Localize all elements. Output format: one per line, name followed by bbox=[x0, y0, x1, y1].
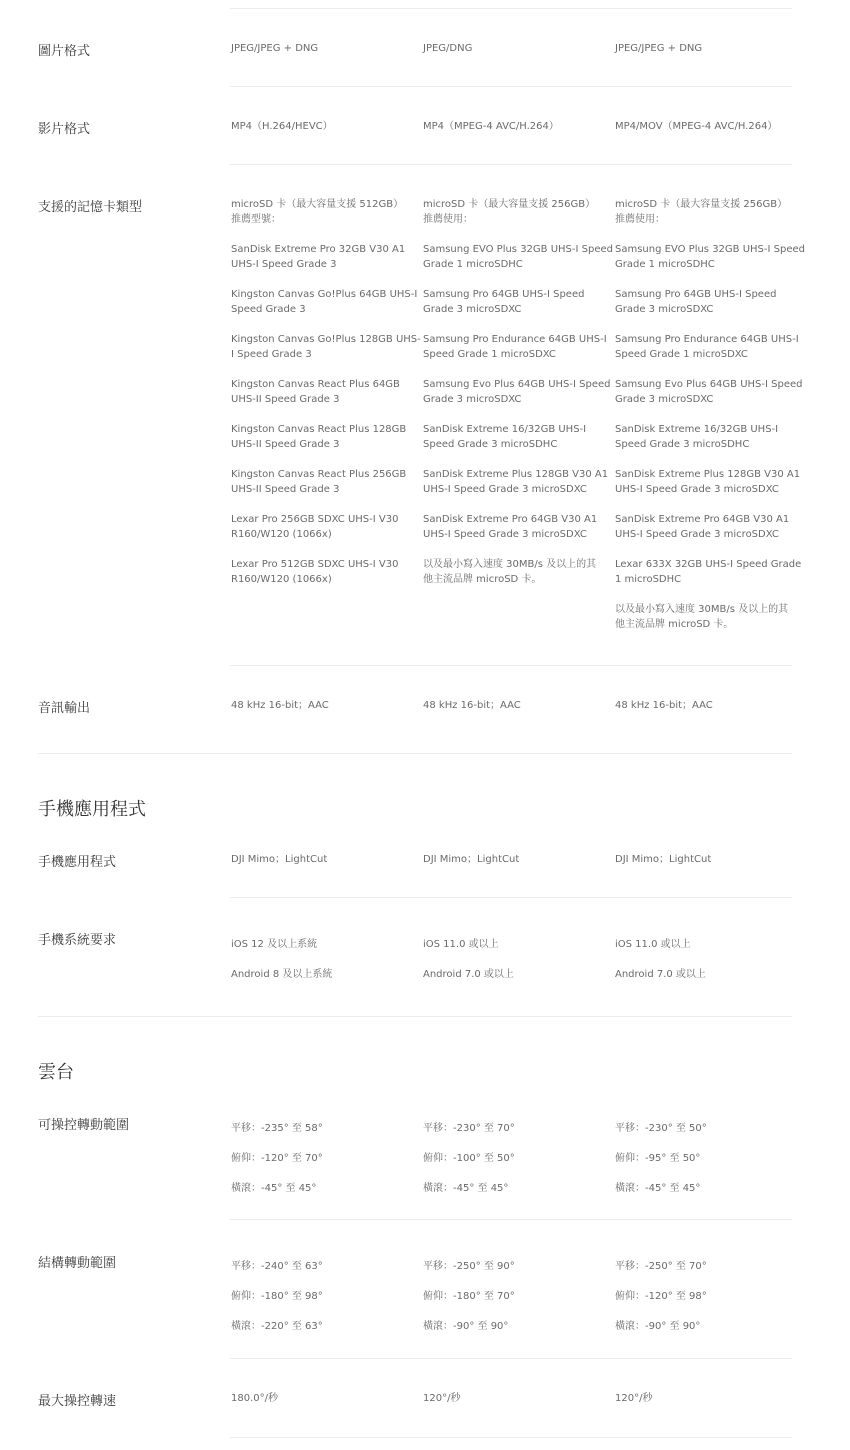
spec-value: JPEG/DNG bbox=[423, 41, 603, 56]
spec-label-image-format: 圖片格式 bbox=[38, 40, 90, 59]
row-divider bbox=[230, 164, 792, 165]
spec-value: 48 kHz 16-bit；AAC bbox=[231, 698, 411, 713]
spec-value: iOS 11.0 或以上 Android 7.0 或以上 bbox=[615, 930, 795, 990]
spec-value: JPEG/JPEG + DNG bbox=[231, 41, 411, 56]
spec-value: 120°/秒 bbox=[423, 1391, 603, 1406]
section-divider bbox=[38, 753, 792, 754]
row-divider bbox=[230, 1437, 792, 1438]
spec-value: 平移：-235° 至 58° 俯仰：-120° 至 70° 橫滾：-45° 至 … bbox=[231, 1114, 411, 1204]
spec-value: MP4（H.264/HEVC） bbox=[231, 119, 411, 134]
spec-value: 48 kHz 16-bit；AAC bbox=[423, 698, 603, 713]
spec-value: DJI Mimo；LightCut bbox=[231, 852, 411, 867]
spec-value: JPEG/JPEG + DNG bbox=[615, 41, 795, 56]
spec-value: 平移：-250° 至 70° 俯仰：-120° 至 98° 橫滾：-90° 至 … bbox=[615, 1252, 795, 1342]
spec-label-audio-output: 音訊輸出 bbox=[38, 697, 90, 716]
spec-label-max-speed: 最大操控轉速 bbox=[38, 1390, 116, 1409]
spec-value: 180.0°/秒 bbox=[231, 1391, 411, 1406]
spec-value: MP4（MPEG-4 AVC/H.264） bbox=[423, 119, 603, 134]
section-title-gimbal: 雲台 bbox=[38, 1058, 74, 1084]
spec-value: 48 kHz 16-bit；AAC bbox=[615, 698, 795, 713]
spec-value: DJI Mimo；LightCut bbox=[423, 852, 603, 867]
spec-value: 平移：-230° 至 50° 俯仰：-95° 至 50° 橫滾：-45° 至 4… bbox=[615, 1114, 795, 1204]
row-divider bbox=[230, 1219, 792, 1220]
memory-card-column-1: microSD 卡（最大容量支援 512GB）推薦型號： SanDisk Ext… bbox=[231, 197, 411, 587]
spec-label-controllable-range: 可操控轉動範圍 bbox=[38, 1114, 129, 1133]
spec-value: 平移：-250° 至 90° 俯仰：-180° 至 70° 橫滾：-90° 至 … bbox=[423, 1252, 603, 1342]
spec-value: 平移：-230° 至 70° 俯仰：-100° 至 50° 橫滾：-45° 至 … bbox=[423, 1114, 603, 1204]
row-divider bbox=[230, 897, 792, 898]
spec-label-mechanical-range: 結構轉動範圍 bbox=[38, 1252, 116, 1271]
section-title-app: 手機應用程式 bbox=[38, 795, 146, 821]
spec-label-memory-card: 支援的記憶卡類型 bbox=[38, 196, 142, 215]
row-divider bbox=[230, 8, 792, 9]
section-divider bbox=[38, 1016, 792, 1017]
spec-label-video-format: 影片格式 bbox=[38, 118, 90, 137]
spec-value: MP4/MOV（MPEG-4 AVC/H.264） bbox=[615, 119, 795, 134]
spec-value: iOS 11.0 或以上 Android 7.0 或以上 bbox=[423, 930, 603, 990]
spec-label-os-requirement: 手機系統要求 bbox=[38, 929, 116, 948]
row-divider bbox=[230, 1358, 792, 1359]
spec-value: DJI Mimo；LightCut bbox=[615, 852, 795, 867]
spec-value: 平移：-240° 至 63° 俯仰：-180° 至 98° 橫滾：-220° 至… bbox=[231, 1252, 411, 1342]
spec-value: iOS 12 及以上系統 Android 8 及以上系統 bbox=[231, 930, 411, 990]
spec-label-app: 手機應用程式 bbox=[38, 851, 116, 870]
memory-card-column-2: microSD 卡（最大容量支援 256GB）推薦使用： Samsung EVO… bbox=[423, 197, 603, 587]
memory-card-column-3: microSD 卡（最大容量支援 256GB）推薦使用： Samsung EVO… bbox=[615, 197, 795, 632]
spec-value: 120°/秒 bbox=[615, 1391, 795, 1406]
row-divider bbox=[230, 665, 792, 666]
row-divider bbox=[230, 86, 792, 87]
